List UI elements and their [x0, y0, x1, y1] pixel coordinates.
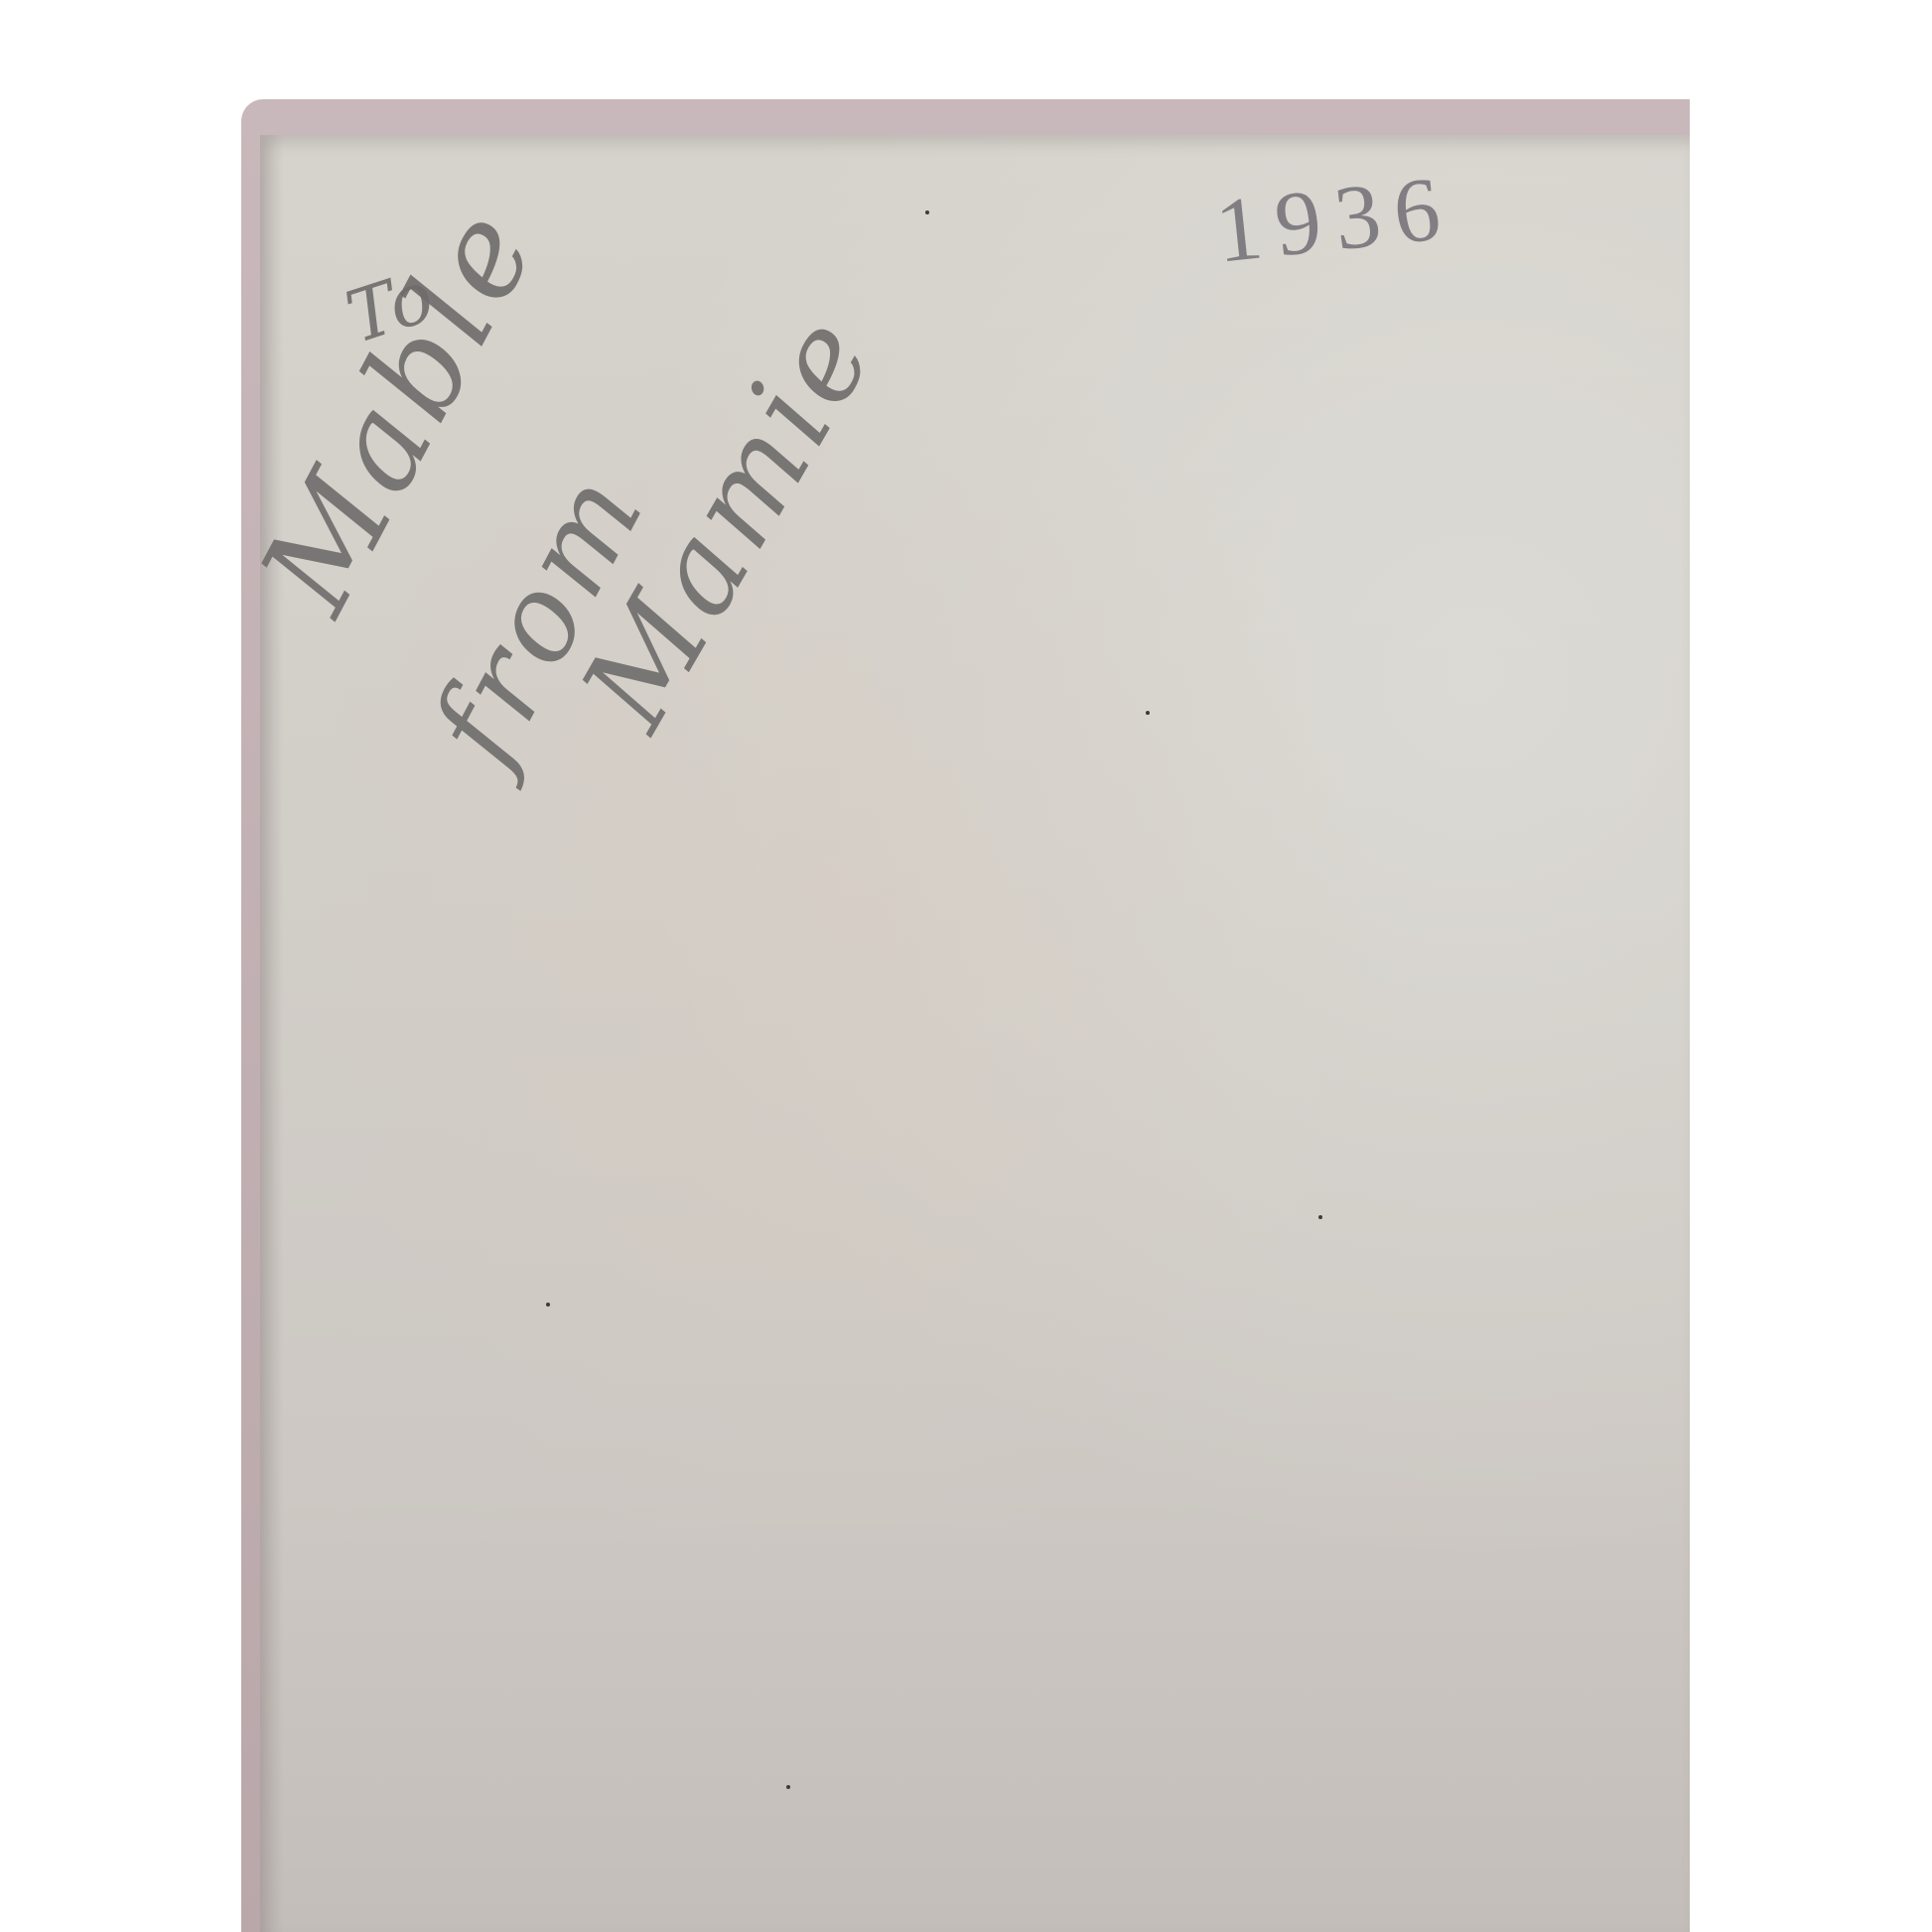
paper-speck	[1146, 711, 1150, 715]
paper-speck	[1318, 1215, 1322, 1219]
paper-speck	[546, 1303, 550, 1307]
photo: To Mable from Mamie 1936	[0, 0, 1932, 1932]
paper-speck	[925, 210, 929, 214]
paper-speck	[786, 1785, 790, 1789]
